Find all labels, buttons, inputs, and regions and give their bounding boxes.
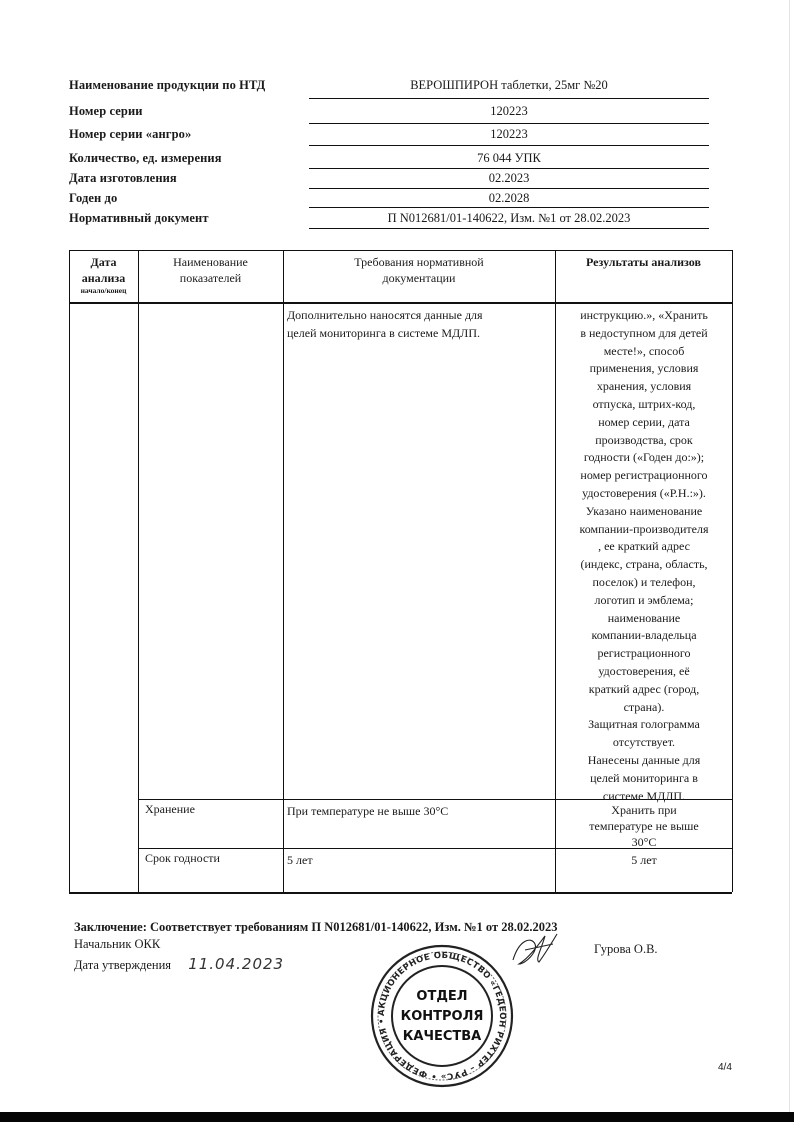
column-header-indicator: Наименование показателей: [138, 254, 283, 286]
text-line: Защитная голограмма: [556, 716, 732, 734]
info-label: Количество, ед. измерения: [69, 151, 222, 166]
text-line: 5 лет: [556, 852, 732, 870]
scan-edge: [789, 0, 790, 1112]
text-line: страна).: [556, 699, 732, 717]
result-cell: инструкцию.», «Хранить в недоступном для…: [556, 307, 732, 805]
requirement-cell: Дополнительно наносятся данные для целей…: [287, 307, 551, 343]
text-line: компании-производителя: [556, 521, 732, 539]
underline: [309, 145, 709, 146]
analysis-table: Дата анализа начало/конец Наименование п…: [69, 250, 732, 892]
signer-name: Гурова О.В.: [594, 942, 658, 957]
text-line: температуре не выше: [556, 818, 732, 834]
text-line: применения, условия: [556, 360, 732, 378]
info-row-expiry: Годен до 02.2028: [69, 191, 709, 211]
text-line: (индекс, страна, область,: [556, 556, 732, 574]
stamp-line: ОТДЕЛ: [416, 989, 467, 1004]
header-text: Дата: [69, 254, 138, 270]
indicator-cell-shelf-life: Срок годности: [145, 850, 281, 868]
table-border-left: [69, 250, 70, 892]
page-number: 4/4: [718, 1062, 732, 1073]
text-line: целей мониторинга в: [556, 770, 732, 788]
table-border-right: [732, 250, 733, 892]
info-value: ВЕРОШПИРОН таблетки, 25мг №20: [309, 78, 709, 93]
text-line: Хранить при: [556, 802, 732, 818]
text-line: инструкцию.», «Хранить: [556, 307, 732, 325]
column-header-requirements: Требования нормативной документации: [283, 254, 555, 286]
text-line: годности («Годен до:»);: [556, 449, 732, 467]
info-row-product-name: Наименование продукции по НТД ВЕРОШПИРОН…: [69, 78, 709, 98]
text-line: производства, срок: [556, 432, 732, 450]
column-divider: [283, 250, 284, 892]
info-label: Годен до: [69, 191, 117, 206]
text-line: удостоверения, её: [556, 663, 732, 681]
info-value: П N012681/01-140622, Изм. №1 от 28.02.20…: [309, 211, 709, 226]
underline: [309, 168, 709, 169]
quality-control-stamp-icon: АКЦИОНЕРНОЕ ОБЩЕСТВО «ГЕДЕОН РИХТЕР – РУ…: [362, 942, 522, 1090]
header-text: Результаты анализов: [555, 254, 732, 270]
info-value: 02.2023: [309, 171, 709, 186]
text-line: Дополнительно наносятся данные для: [287, 307, 551, 325]
stamp-line: КАЧЕСТВА: [403, 1029, 481, 1044]
underline: [309, 228, 709, 229]
text-line: Указано наименование: [556, 503, 732, 521]
text-line: номер серии, дата: [556, 414, 732, 432]
table-border-bottom: [69, 892, 732, 894]
text-line: логотип и эмблема;: [556, 592, 732, 610]
text-line: При температуре не выше 30°С: [287, 803, 551, 821]
info-label: Дата изготовления: [69, 171, 177, 186]
table-border-top: [69, 250, 732, 251]
info-row-angro-batch: Номер серии «ангро» 120223: [69, 127, 709, 147]
conclusion-text: Заключение: Соответствует требованиям П …: [74, 920, 558, 935]
position-title: Начальник ОКК: [74, 937, 160, 952]
result-cell: 5 лет: [556, 852, 732, 870]
text-line: регистрационного: [556, 645, 732, 663]
column-header-date: Дата анализа начало/конец: [69, 254, 138, 296]
header-text: Требования нормативной: [283, 254, 555, 270]
header-subtext: начало/конец: [69, 286, 138, 296]
text-line: отпуска, штрих-код,: [556, 396, 732, 414]
scan-bottom-edge: [0, 1112, 794, 1122]
header-divider: [69, 302, 732, 304]
text-line: месте!», способ: [556, 343, 732, 361]
header-text: анализа: [69, 270, 138, 286]
info-label: Номер серии «ангро»: [69, 127, 191, 142]
column-header-results: Результаты анализов: [555, 254, 732, 270]
text-line: отсутствует.: [556, 734, 732, 752]
approval-date-label: Дата утверждения: [74, 958, 171, 972]
header-text: документации: [283, 270, 555, 286]
header-text: показателей: [138, 270, 283, 286]
info-label: Номер серии: [69, 104, 143, 119]
text-line: удостоверения («Р.Н.:»).: [556, 485, 732, 503]
info-value: 76 044 УПК: [309, 151, 709, 166]
approval-date-row: Дата утверждения 11.04.2023: [74, 955, 284, 973]
info-value: 120223: [309, 127, 709, 142]
text-line: Нанесены данные для: [556, 752, 732, 770]
text-line: наименование: [556, 610, 732, 628]
column-divider: [138, 250, 139, 892]
header-text: Наименование: [138, 254, 283, 270]
info-value: 02.2028: [309, 191, 709, 206]
text-line: поселок) и телефон,: [556, 574, 732, 592]
underline: [309, 207, 709, 208]
info-value: 120223: [309, 104, 709, 119]
text-line: в недоступном для детей: [556, 325, 732, 343]
text-line: хранения, условия: [556, 378, 732, 396]
info-label: Наименование продукции по НТД: [69, 78, 265, 93]
underline: [309, 123, 709, 124]
result-cell: Хранить при температуре не выше 30°С: [556, 802, 732, 850]
requirement-cell: 5 лет: [287, 852, 551, 870]
document-page: Наименование продукции по НТД ВЕРОШПИРОН…: [0, 0, 794, 1122]
requirement-cell: При температуре не выше 30°С: [287, 803, 551, 821]
indicator-cell-storage: Хранение: [145, 801, 281, 819]
text-line: краткий адрес (город,: [556, 681, 732, 699]
underline: [309, 188, 709, 189]
text-line: , ее краткий адрес: [556, 538, 732, 556]
info-row-batch-number: Номер серии 120223: [69, 104, 709, 124]
text-line: номер регистрационного: [556, 467, 732, 485]
info-label: Нормативный документ: [69, 211, 209, 226]
stamp-line: КОНТРОЛЯ: [401, 1009, 484, 1024]
text-line: 30°С: [556, 834, 732, 850]
approval-date-handwritten: 11.04.2023: [188, 955, 284, 973]
text-line: компании-владельца: [556, 627, 732, 645]
underline: [309, 98, 709, 99]
text-line: 5 лет: [287, 852, 551, 870]
text-line: целей мониторинга в системе МДЛП.: [287, 325, 551, 343]
